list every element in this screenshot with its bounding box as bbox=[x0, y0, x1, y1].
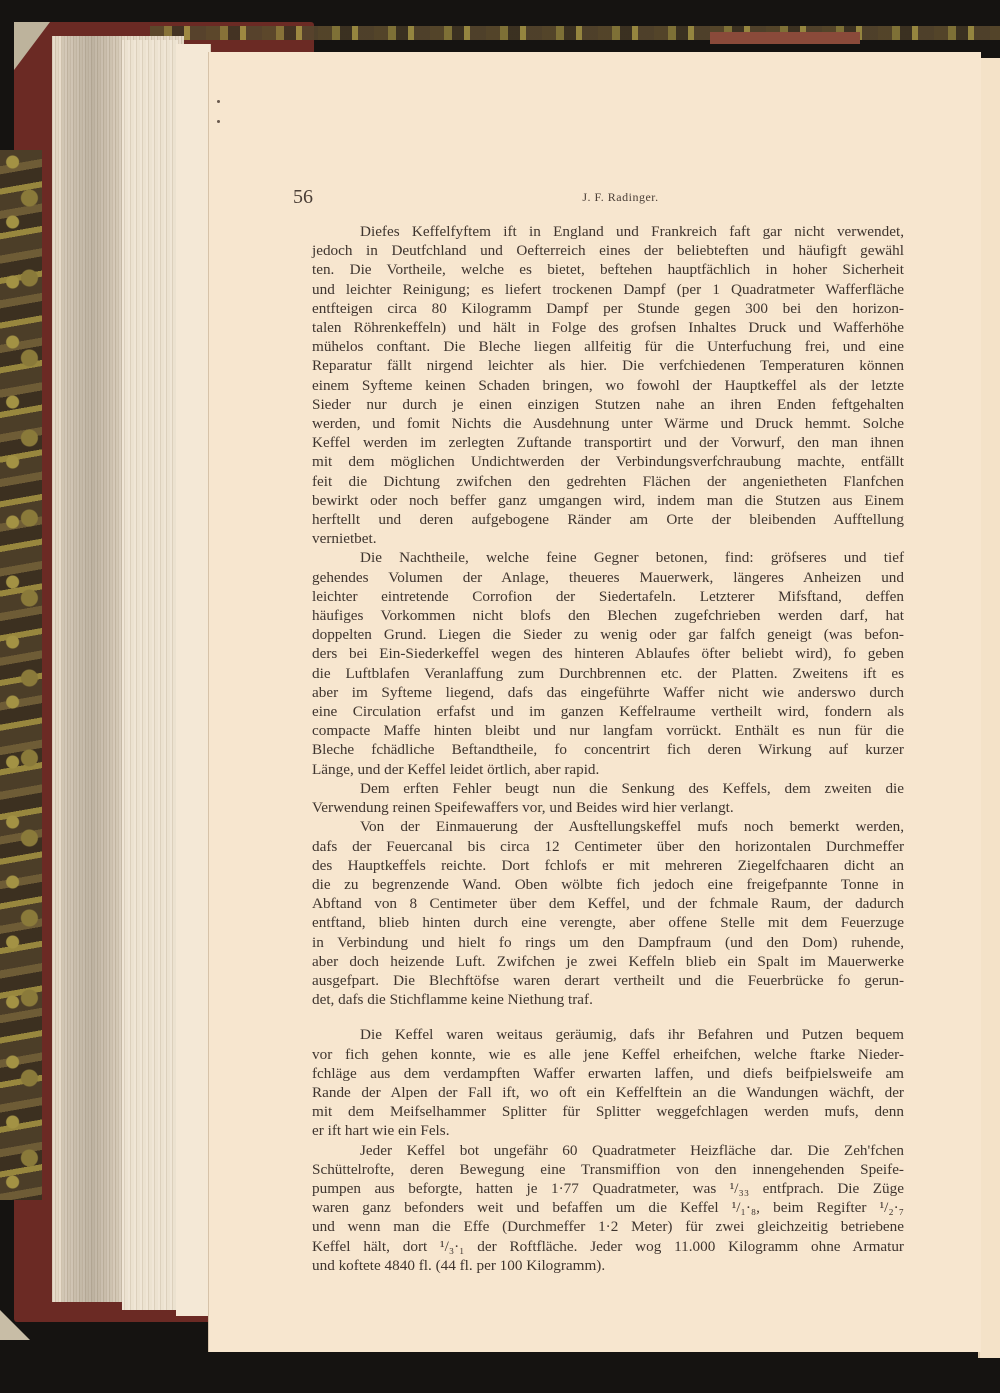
body-text: Diefes Keffelfyftem ift in England und F… bbox=[312, 222, 904, 1275]
text-line: werden, und fomit Nichts die Ausdehnung … bbox=[312, 414, 904, 433]
cover-edge-top-right bbox=[710, 32, 860, 44]
text-line: Von der Einmauerung der Ausftellungskeff… bbox=[312, 817, 904, 836]
text-line: Reparatur fällt nirgend leichter als hie… bbox=[312, 356, 904, 375]
text-line: feit die Dichtung zwifchen den gedrehten… bbox=[312, 472, 904, 491]
paragraph: Die Keffel waren weitaus geräumig, dafs … bbox=[312, 1025, 904, 1140]
text-line: herftellt und deren aufgebogene Ränder a… bbox=[312, 510, 904, 529]
page-stack-shadow bbox=[62, 36, 122, 1302]
text-line: und wenn man die Effe (Durchmeffer 1·2 M… bbox=[312, 1217, 904, 1236]
marbled-endpaper-left bbox=[0, 150, 42, 1200]
text-line: Bleche fchädliche Beftandtheile, fo conc… bbox=[312, 740, 904, 759]
text-line: Diefes Keffelfyftem ift in England und F… bbox=[312, 222, 904, 241]
text-line: mühelos conftant. Die Bleche liegen allf… bbox=[312, 337, 904, 356]
text-line: und leichter Reinigung; es liefert trock… bbox=[312, 280, 904, 299]
text-line: leichter eintretende Corrofion der Siede… bbox=[312, 587, 904, 606]
text-line: Die Nachtheile, welche feine Gegner beto… bbox=[312, 548, 904, 567]
text-line: compacte Maffe hinten bleibt und nur lan… bbox=[312, 721, 904, 740]
running-head: J. F. Radinger. bbox=[293, 190, 908, 205]
text-line: ten. Die Vortheile, welche es bietet, be… bbox=[312, 260, 904, 279]
text-line: Dem erften Fehler beugt nun die Senkung … bbox=[312, 779, 904, 798]
text-line: pumpen aus beforgte, hatten je 1·77 Quad… bbox=[312, 1179, 904, 1198]
text-line: fchläge aus dem verdampften Waffer erwar… bbox=[312, 1064, 904, 1083]
text-line: häufiges Vorkommen nicht blofs den Blech… bbox=[312, 606, 904, 625]
text-line: Keffel werden im zerlegten Zuftande tran… bbox=[312, 433, 904, 452]
text-line: mit dem möglichen Undichtwerden der Verb… bbox=[312, 452, 904, 471]
text-line: dafs der Feuercanal bis circa 12 Centime… bbox=[312, 837, 904, 856]
text-line: jedoch in Deutfchland und Oefterreich ei… bbox=[312, 241, 904, 260]
text-line: in Verbindung und hielt fo rings um den … bbox=[312, 933, 904, 952]
text-line: er ift hart wie ein Fels. bbox=[312, 1121, 904, 1140]
text-line: bewirkt oder noch beffer ganz umgangen w… bbox=[312, 491, 904, 510]
text-line: einem Syfteme keinen Schaden bringen, wo… bbox=[312, 376, 904, 395]
page-stack-edges-inner bbox=[122, 40, 178, 1310]
text-line: entftand, blieb hinten durch eine vereng… bbox=[312, 913, 904, 932]
page-speck bbox=[217, 100, 220, 103]
text-line: Schüttelrofte, deren Bewegung eine Trans… bbox=[312, 1160, 904, 1179]
text-line: Die Keffel waren weitaus geräumig, dafs … bbox=[312, 1025, 904, 1044]
text-line: Sieder nur durch je einen einzigen Stutz… bbox=[312, 395, 904, 414]
text-line: Länge, und der Keffel leidet örtlich, ab… bbox=[312, 760, 904, 779]
text-line: mit dem Meifselhammer Splitter für Split… bbox=[312, 1102, 904, 1121]
text-line: ders bei Ein-Siederkeffel wegen des hint… bbox=[312, 644, 904, 663]
text-line: und koftete 4840 fl. (44 fl. per 100 Kil… bbox=[312, 1256, 904, 1275]
paragraph: Jeder Keffel bot ungefähr 60 Quadratmete… bbox=[312, 1141, 904, 1275]
paragraph: Diefes Keffelfyftem ift in England und F… bbox=[312, 222, 904, 548]
paragraph: Die Nachtheile, welche feine Gegner beto… bbox=[312, 548, 904, 778]
text-line: Verwendung reinen Speifewaffers vor, und… bbox=[312, 798, 904, 817]
text-line: entfteigen circa 80 Kilogramm Dampf per … bbox=[312, 299, 904, 318]
text-line: des Hauptkeffels reichte. Dort fchlofs e… bbox=[312, 856, 904, 875]
page-header: 56 J. F. Radinger. bbox=[293, 186, 908, 210]
text-line: vernietbet. bbox=[312, 529, 904, 548]
text-line: aber doch heizende Luft. Zwifchen je zwe… bbox=[312, 952, 904, 971]
page-speck bbox=[217, 120, 220, 123]
text-line: gehendes Volumen der Anlage, theueres Ma… bbox=[312, 568, 904, 587]
text-line: die zu begrenzende Wand. Oben wölbte fic… bbox=[312, 875, 904, 894]
page-stack-edges-near bbox=[176, 44, 211, 1316]
text-line: talen Röhrenkeffeln) und hält in Folge d… bbox=[312, 318, 904, 337]
text-line: ausgefpart. Die Blechftöfse waren derart… bbox=[312, 971, 904, 990]
text-line: Keffel hält, dort ¹/₃·₁ der Roftfläche. … bbox=[312, 1237, 904, 1256]
text-line: doppelten Grund. Liegen die Sieder zu we… bbox=[312, 625, 904, 644]
text-line: waren ganz befonders weit und befaffen u… bbox=[312, 1198, 904, 1217]
text-line: Abftand von 8 Centimeter über dem Keffel… bbox=[312, 894, 904, 913]
next-page-edge bbox=[978, 58, 1000, 1358]
text-line: die Luftblafen Veranlaffung zum Durchbre… bbox=[312, 664, 904, 683]
text-line: vor fich gehen konnte, wie es alle jene … bbox=[312, 1045, 904, 1064]
text-line: eine Circulation erfafst und im ganzen K… bbox=[312, 702, 904, 721]
marbled-edge-top bbox=[150, 26, 1000, 40]
text-line: det, dafs die Stichflamme keine Niethung… bbox=[312, 990, 904, 1009]
paragraph: Von der Einmauerung der Ausftellungskeff… bbox=[312, 817, 904, 1009]
text-line: Rande der Alpen der Fall ift, wo oft ein… bbox=[312, 1083, 904, 1102]
text-line: aber im Syfteme liegend, dafs das eingef… bbox=[312, 683, 904, 702]
paragraph: Dem erften Fehler beugt nun die Senkung … bbox=[312, 779, 904, 817]
text-line: Jeder Keffel bot ungefähr 60 Quadratmete… bbox=[312, 1141, 904, 1160]
